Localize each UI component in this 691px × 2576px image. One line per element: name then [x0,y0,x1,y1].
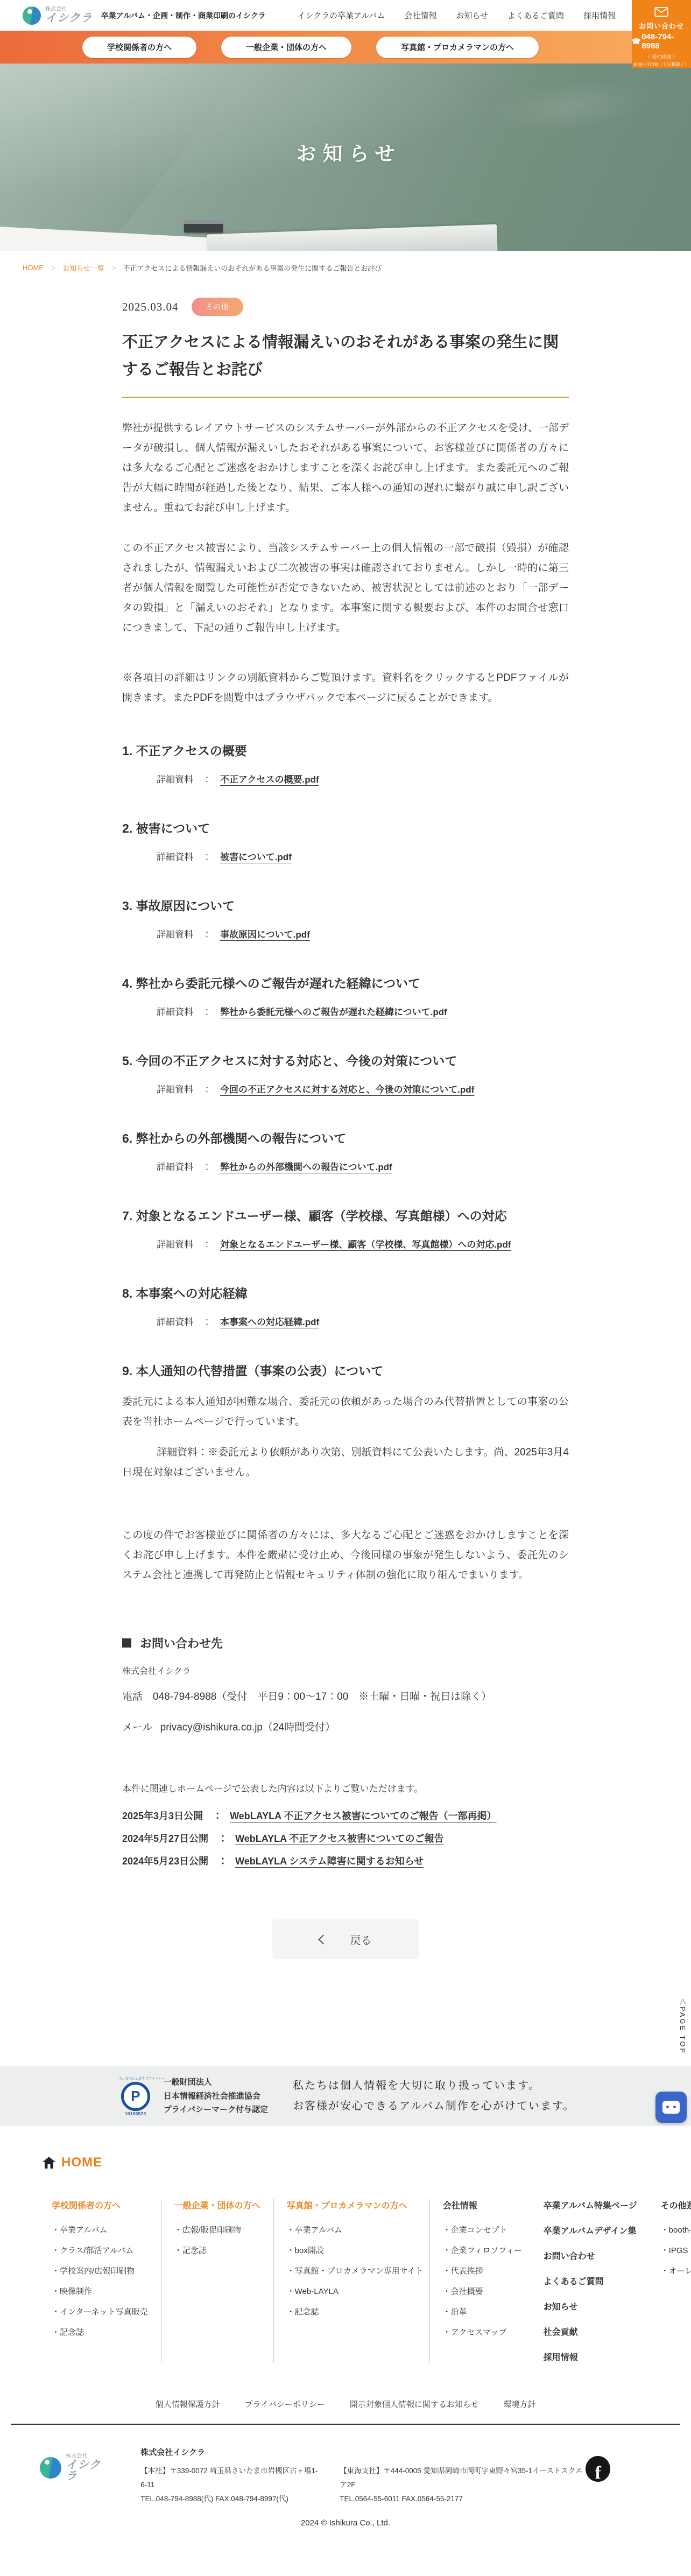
pdf-link[interactable]: 今回の不正アクセスに対する対応と、今後の対策について.pdf [220,1082,474,1095]
contact-hours-title: 〈 受付時間 〉 [645,53,677,60]
section-9-note: 詳細資料：※委託元より依頼があり次第、別紙資料にて公表いたします。尚、2025年… [122,1442,569,1482]
site-header: 株式会社 イシクラ 卒業アルバム・企画・制作・商業印刷のイシクラ イシクラの卒業… [0,0,691,31]
footer-link[interactable]: ・記念誌 [52,2326,148,2338]
section-9: 9. 本人通知の代替措置（事案の公表）について 委託元による本人通知が困難な場合… [122,1361,569,1482]
contact-heading: お問い合わせ先 [140,1635,223,1651]
logo-mark-icon [40,2457,61,2479]
footer-logo[interactable]: 株式会社 イシクラ [40,2454,109,2482]
footer-link[interactable]: ・記念誌 [287,2306,417,2317]
related-date: 2024年5月27日公開 ： [122,1831,228,1845]
section-1: 1. 不正アクセスの概要 詳細資料 ： 不正アクセスの概要.pdf [122,741,569,785]
breadcrumb-home[interactable]: HOME [23,264,44,272]
section-heading: 3. 事故原因について [122,896,569,914]
section-heading: 5. 今回の不正アクセスに対する対応と、今後の対策について [122,1051,569,1069]
section-heading: 6. 弊社からの外部機関への報告について [122,1129,569,1146]
pdf-link[interactable]: 弊社からの外部機関への報告について.pdf [220,1159,392,1173]
pdf-link[interactable]: 事故原因について.pdf [220,927,310,940]
audience-button-school[interactable]: 学校関係者の方へ [82,37,196,58]
nav-item-recruit[interactable]: 採用情報 [583,10,616,21]
footer-column-heading[interactable]: 写真館・プロカメラマンの方へ [287,2199,417,2211]
breadcrumb-separator: ＞ [111,264,117,272]
page-top-link[interactable]: ＜PAGE TOP [678,1998,688,2054]
back-button[interactable]: 戻る [272,1919,419,1959]
privacy-message-line1: 私たちは個人情報を大切に取り扱っています。 [293,2075,575,2096]
footer-hq-address-block: 【本社】〒339-0072 埼玉県さいたま市岩槻区古ヶ場1-6-11 TEL.0… [140,2464,322,2505]
contact-block: お問い合わせ先 株式会社イシクラ 電話 048-794-8988（受付 平日9：… [122,1635,569,1734]
article-date: 2025.03.04 [122,300,179,314]
site-logo[interactable]: 株式会社 イシクラ [23,6,93,25]
footer-column-school: 学校関係者の方へ ・卒業アルバム ・クラス/部活アルバム ・学校案内/広報印刷物… [39,2199,161,2363]
policy-links: 個人情報保護方針 プライバシーポリシー 開示対象個人情報に関するお知らせ 環境方… [0,2398,691,2410]
related-link-row: 2024年5月27日公開 ： WebLAYLA 不正アクセス被害についてのご報告 [122,1831,569,1845]
footer-branch-address: 【東海支社】〒444-0005 愛知県岡崎市岡町字東野々宮35-1イーストスクエ… [340,2464,586,2491]
footer-column-company-org: 一般企業・団体の方へ ・広報/販促印刷物 ・記念誌 [161,2199,273,2363]
section-heading: 2. 被害について [122,819,569,836]
logo-mark-icon [23,6,41,25]
contact-phone-line: 電話 048-794-8988（受付 平日9：00～17：00 ※土曜・日曜・祝… [122,1688,569,1703]
privacy-mark-number: 10190523 [116,2112,155,2116]
copyright: 2024 © Ishikura Co., Ltd. [0,2518,691,2576]
logo-name-text: イシクラ [66,2459,101,2482]
footer-hq-tel: TEL.048-794-8988(代) FAX.048-794-8997(代) [140,2492,322,2506]
section-9-body: 委託元による本人通知が困難な場合、委託元の依頼があった場合のみ代替措置としての事… [122,1392,569,1432]
footer-link[interactable]: 採用情報 [544,2350,635,2363]
related-link[interactable]: WebLAYLA 不正アクセス被害についてのご報告 [235,1831,443,1845]
facebook-icon[interactable]: f [586,2456,610,2482]
policy-link-disclosure[interactable]: 開示対象個人情報に関するお知らせ [350,2398,479,2410]
logo-name-text: イシクラ [45,12,93,24]
contact-label: お問い合わせ [639,20,684,31]
footer-bottom: 株式会社 イシクラ 株式会社イシクラ 【本社】〒339-0072 埼玉県さいたま… [40,2446,610,2505]
footer-column-heading[interactable]: 卒業アルバム特集ページ [544,2199,635,2211]
detail-label: 詳細資料 ： [157,849,211,863]
article-note: ※各項目の詳細はリンクの別紙資料からご覧頂けます。資料名をクリックするとPDFフ… [122,668,569,708]
related-link[interactable]: WebLAYLA システム障害に関するお知らせ [235,1854,424,1868]
privacy-mark-letter: P [121,2082,150,2111]
breadcrumb-current: 不正アクセスによる情報漏えいのおそれがある事案の発生に関するご報告とお詫び [123,263,382,273]
footer-link[interactable]: ・IPGS [661,2244,691,2256]
section-5: 5. 今回の不正アクセスに対する対応と、今後の対策について 詳細資料 ： 今回の… [122,1051,569,1095]
footer-link[interactable]: お問い合わせ [544,2249,635,2262]
square-bullet-icon [122,1638,131,1648]
breadcrumb: HOME ＞ お知らせ一覧 ＞ 不正アクセスによる情報漏えいのおそれがある事案の… [0,251,691,278]
article-paragraph: この不正アクセス被害により、当該システムサーバー上の個人情報の一部で破損（毀損）… [122,538,569,638]
page-title: お知らせ [290,137,401,166]
footer-link[interactable]: ・広報/販促印刷物 [174,2224,260,2235]
footer-column-company-info: 会社情報 ・企業コンセプト ・企業フィロソフィー ・代表挨拶 ・会社概要 ・沿革… [429,2199,531,2363]
footer-link[interactable]: ・企業フィロソフィー [443,2244,518,2256]
footer-column-heading[interactable]: その他運営サイト [661,2199,691,2211]
footer-link[interactable]: ・学校案内/広報印刷物 [52,2265,148,2276]
section-heading: 8. 本事案への対応経緯 [122,1284,569,1301]
chat-widget-button[interactable] [655,2092,687,2123]
footer-link[interactable]: ・代表挨拶 [443,2265,518,2276]
detail-label: 詳細資料 ： [157,1159,211,1173]
section-8: 8. 本事案への対応経緯 詳細資料 ： 本事案への対応経緯.pdf [122,1284,569,1328]
pdf-link[interactable]: 対象となるエンドユーザー様、顧客（学校様、写真館様）への対応.pdf [220,1237,511,1250]
footer-link[interactable]: ・box開設 [287,2244,417,2256]
footer-link[interactable]: ・映像制作 [52,2285,148,2297]
footer-hq-address: 【本社】〒339-0072 埼玉県さいたま市岩槻区古ヶ場1-6-11 [140,2464,322,2491]
footer-link[interactable]: よくあるご質問 [544,2275,635,2287]
footer-branch-address-block: 【東海支社】〒444-0005 愛知県岡崎市岡町字東野々宮35-1イーストスクエ… [340,2464,586,2505]
footer-branch-tel: TEL.0564-55-6011 FAX.0564-55-2177 [340,2492,586,2506]
contact-mail-address[interactable]: privacy@ishikura.co.jp（24時間受付） [160,1719,336,1734]
detail-label: 詳細資料 ： [157,1314,211,1328]
closing-paragraph: この度の件でお客様並びに関係者の方々には、多大なるご心配とご迷惑をおかけしますこ… [122,1525,569,1585]
audience-button-company[interactable]: 一般企業・団体の方へ [221,37,351,58]
back-button-label: 戻る [350,1932,372,1947]
footer-column-other-sites: その他運営サイト ・booth-mart ・IPGS ・オーレ！埼玉 [648,2199,691,2363]
footer-link[interactable]: ・booth-mart [661,2224,691,2235]
privacy-org-line: プライバシーマーク付与認定 [164,2103,268,2117]
header-contact-button[interactable]: お問い合わせ ☎ 048-794-8988 〈 受付時間 〉 9:00～17:0… [632,0,691,68]
privacy-org-line: 日本情報経済社会推進協会 [164,2089,268,2103]
nav-item-graduation-album[interactable]: イシクラの卒業アルバム [297,10,385,21]
footer-link[interactable]: ・インターネット写真販売 [52,2306,148,2317]
section-heading: 1. 不正アクセスの概要 [122,741,569,759]
related-date: 2024年5月23日公開 ： [122,1854,228,1868]
breadcrumb-separator: ＞ [50,264,56,272]
privacy-org-line: 一般財団法人 [164,2075,268,2089]
pdf-link[interactable]: 不正アクセスの概要.pdf [220,772,319,785]
policy-link-environment[interactable]: 環境方針 [503,2398,535,2410]
footer-home-link[interactable]: HOME [42,2155,102,2170]
envelope-icon [650,7,673,17]
privacy-mark-icon: たいせつにします プライバシー P 10190523 [116,2076,155,2116]
contact-mail-label: メール [122,1719,153,1734]
detail-label: 詳細資料 ： [157,1004,211,1018]
breadcrumb-news-list[interactable]: お知らせ一覧 [62,263,104,273]
section-heading: 9. 本人通知の代替措置（事案の公表）について [122,1361,569,1379]
footer-link[interactable]: ・沿革 [443,2306,518,2317]
footer-link[interactable]: ・クラス/部活アルバム [52,2244,148,2256]
related-link[interactable]: WebLAYLA 不正アクセス被害についてのご報告（一部再掲） [230,1808,496,1822]
footer-link-columns: 学校関係者の方へ ・卒業アルバム ・クラス/部活アルバム ・学校案内/広報印刷物… [39,2199,659,2363]
section-2: 2. 被害について 詳細資料 ： 被害について.pdf [122,819,569,863]
nav-item-faq[interactable]: よくあるご質問 [507,10,564,21]
section-4: 4. 弊社から委託元様へのご報告が遅れた経緯について 詳細資料 ： 弊社から委託… [122,974,569,1018]
contact-hours: 9:00～17:00（土日祝除く） [633,61,689,68]
related-links-block: 本件に関連しホームページで公表した内容は以下よりご覧いただけます。 2025年3… [122,1781,569,1868]
site-footer: HOME 学校関係者の方へ ・卒業アルバム ・クラス/部活アルバム ・学校案内/… [0,2126,691,2576]
detail-label: 詳細資料 ： [157,927,211,940]
footer-link[interactable]: ・オーレ！埼玉 [661,2265,691,2276]
footer-column-heading[interactable]: 会社情報 [443,2199,518,2211]
home-icon [42,2156,56,2169]
footer-link[interactable]: ・企業コンセプト [443,2224,518,2235]
footer-divider [11,2424,680,2425]
pdf-link[interactable]: 被害について.pdf [220,849,292,863]
footer-column-heading[interactable]: 学校関係者の方へ [52,2199,148,2211]
audience-nav-bar: 学校関係者の方へ 一般企業・団体の方へ 写真館・プロカメラマンの方へ [0,31,691,64]
footer-column-feature-pages: 卒業アルバム特集ページ 卒業アルバムデザイン集 お問い合わせ よくあるご質問 お… [531,2199,648,2363]
contact-company: 株式会社イシクラ [122,1664,569,1677]
pdf-link[interactable]: 弊社から委託元様へのご報告が遅れた経緯について.pdf [220,1004,447,1018]
footer-company-name: 株式会社イシクラ [140,2446,586,2458]
footer-link[interactable]: ・写真館・プロカメラマン専用サイト [287,2265,417,2276]
detail-label: 詳細資料 ： [157,1237,211,1250]
audience-button-photographer[interactable]: 写真館・プロカメラマンの方へ [376,37,539,58]
policy-link-privacy[interactable]: プライバシーポリシー [245,2398,325,2410]
footer-link[interactable]: ・卒業アルバム [287,2224,417,2235]
phone-icon: ☎ [632,37,640,46]
related-link-row: 2024年5月23日公開 ： WebLAYLA システム障害に関するお知らせ [122,1854,569,1868]
related-date: 2025年3月3日公開 ： [122,1808,222,1822]
privacy-mark-band: たいせつにします プライバシー P 10190523 一般財団法人 日本情報経済… [0,2066,691,2126]
chatbot-icon [662,2101,680,2114]
contact-phone-number: 048-794-8988 [641,32,691,51]
article: 2025.03.04 その他 不正アクセスによる情報漏えいのおそれがある事案の発… [122,298,569,1959]
footer-link[interactable]: ・記念誌 [174,2244,260,2256]
footer-link[interactable]: ・Web-LAYLA [287,2285,417,2297]
section-heading: 7. 対象となるエンドユーザー様、顧客（学校様、写真館様）への対応 [122,1206,569,1224]
blackboard-eraser [184,223,223,233]
privacy-message-line2: お客様が安心できるアルバム制作を心がけています。 [293,2096,575,2116]
section-3: 3. 事故原因について 詳細資料 ： 事故原因について.pdf [122,896,569,940]
category-badge: その他 [192,298,243,316]
footer-link[interactable]: ・卒業アルバム [52,2224,148,2235]
detail-label: 詳細資料 ： [157,772,211,785]
pdf-link[interactable]: 本事案への対応経緯.pdf [220,1314,319,1328]
title-divider [122,397,569,398]
article-paragraph: 弊社が提供するレイアウトサービスのシステムサーバーが外部からの不正アクセスを受け… [122,418,569,518]
header-nav: イシクラの卒業アルバム 会社情報 お知らせ よくあるご質問 採用情報 [297,10,616,21]
site-tagline: 卒業アルバム・企画・制作・商業印刷のイシクラ [101,10,266,21]
footer-link[interactable]: ・会社概要 [443,2285,518,2297]
nav-item-company-info[interactable]: 会社情報 [404,10,436,21]
section-6: 6. 弊社からの外部機関への報告について 詳細資料 ： 弊社からの外部機関への報… [122,1129,569,1173]
chevron-left-icon [318,1934,328,1944]
footer-link[interactable]: 卒業アルバムデザイン集 [544,2224,635,2236]
privacy-mark-arc-text: たいせつにします プライバシー [119,2077,152,2081]
footer-column-photographer: 写真館・プロカメラマンの方へ ・卒業アルバム ・box開設 ・写真館・プロカメラ… [273,2199,429,2363]
related-intro: 本件に関連しホームページで公表した内容は以下よりご覧いただけます。 [122,1781,569,1794]
footer-link[interactable]: ・アクセスマップ [443,2326,518,2338]
footer-link[interactable]: お知らせ [544,2300,635,2312]
policy-link-personal-info[interactable]: 個人情報保護方針 [156,2398,220,2410]
footer-link[interactable]: 社会貢献 [544,2325,635,2338]
section-heading: 4. 弊社から委託元様へのご報告が遅れた経緯について [122,974,569,991]
section-7: 7. 対象となるエンドユーザー様、顧客（学校様、写真館様）への対応 詳細資料 ：… [122,1206,569,1250]
footer-column-heading[interactable]: 一般企業・団体の方へ [174,2199,260,2211]
article-title: 不正アクセスによる情報漏えいのおそれがある事案の発生に関するご報告とお詫び [122,329,569,384]
related-link-row: 2025年3月3日公開 ： WebLAYLA 不正アクセス被害についてのご報告（… [122,1808,569,1822]
hero-banner: お知らせ [0,64,691,251]
nav-item-news[interactable]: お知らせ [456,10,488,21]
detail-label: 詳細資料 ： [157,1082,211,1095]
